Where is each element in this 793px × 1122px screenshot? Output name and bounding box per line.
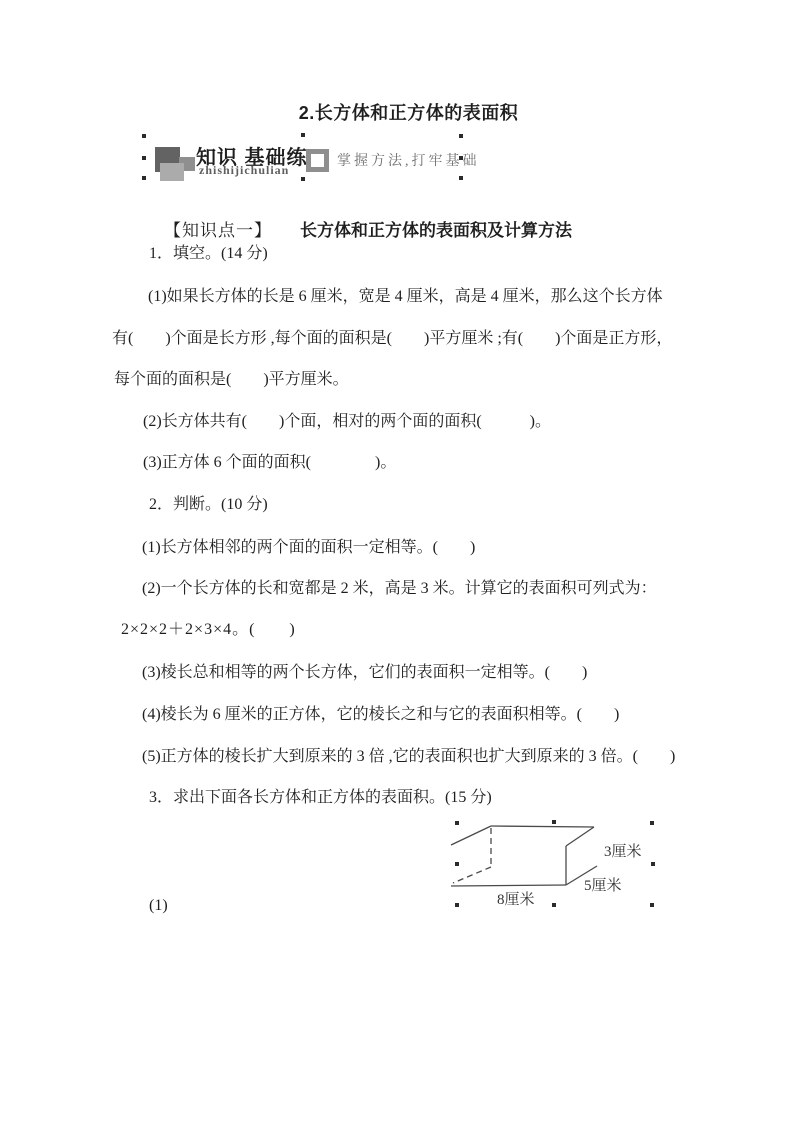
selection-handle[interactable] xyxy=(142,156,146,160)
selection-handle[interactable] xyxy=(650,903,654,907)
selection-handle[interactable] xyxy=(650,821,654,825)
selection-handle[interactable] xyxy=(455,903,459,907)
q1-item2: (2)长方体共有( )个面，相对的两个面的面积( )。 xyxy=(143,412,551,432)
figure-depth-label: 5厘米 xyxy=(584,877,622,894)
q2-item2-formula: 2×2×2＋2×3×4。( ) xyxy=(121,620,296,640)
logo-pinyin-text: zhishijichulian xyxy=(199,163,289,178)
q1-item1-line2: 有( )个面是长方形 ,每个面的面积是( )平方厘米 ;有( )个面是正方形， xyxy=(112,329,672,349)
selection-handle[interactable] xyxy=(455,821,459,825)
page-title: 2.长方体和正方体的表面积 xyxy=(0,99,793,125)
frame-square-icon xyxy=(306,149,329,172)
q2-item4: (4)棱长为 6 厘米的正方体，它的棱长之和与它的表面积相等。( ) xyxy=(142,705,619,725)
q1-heading: 1．填空。(14 分) xyxy=(149,244,268,264)
selection-handle[interactable] xyxy=(455,862,459,866)
q2-item3: (3)棱长总和相等的两个长方体，它们的表面积一定相等。( ) xyxy=(142,663,587,683)
selection-handle[interactable] xyxy=(552,820,556,824)
q3-heading: 3．求出下面各长方体和正方体的表面积。(15 分) xyxy=(149,788,492,808)
selection-handle[interactable] xyxy=(142,134,146,138)
selection-handle[interactable] xyxy=(301,177,305,181)
figure-height-label: 3厘米 xyxy=(604,843,642,860)
logo-slogan-text: 掌握方法,打牢基础 xyxy=(337,150,480,170)
q1-item1-line1: (1)如果长方体的长是 6 厘米，宽是 4 厘米，高是 4 厘米，那么这个长方体 xyxy=(148,287,663,307)
knowledge-point-heading: 长方体和正方体的表面积及计算方法 xyxy=(300,221,572,240)
selection-handle[interactable] xyxy=(651,862,655,866)
q1-item3: (3)正方体 6 个面的面积( )。 xyxy=(143,453,396,473)
selection-handle[interactable] xyxy=(459,134,463,138)
cuboid-drawing: 3厘米 5厘米 8厘米 xyxy=(440,812,670,912)
q2-item1: (1)长方体相邻的两个面的面积一定相等。( ) xyxy=(142,538,475,558)
knowledge-point-tag: 【知识点一】 xyxy=(164,221,272,240)
selection-handle[interactable] xyxy=(459,156,463,160)
worksheet-page: 2.长方体和正方体的表面积 知识 基础练 zhishijichulian 掌握方… xyxy=(0,0,793,1122)
q3-sub1-label: (1) xyxy=(149,896,168,916)
selection-handle[interactable] xyxy=(142,176,146,180)
figure-length-label: 8厘米 xyxy=(497,891,535,908)
logo-squares-icon xyxy=(160,163,184,181)
q2-item2-line1: (2)一个长方体的长和宽都是 2 米，高是 3 米。计算它的表面积可列式为： xyxy=(142,579,657,599)
selection-handle[interactable] xyxy=(301,133,305,137)
selection-handle[interactable] xyxy=(552,903,556,907)
selection-handle[interactable] xyxy=(459,176,463,180)
q2-heading: 2．判断。(10 分) xyxy=(149,495,268,515)
q1-item1-line3: 每个面的面积是( )平方厘米。 xyxy=(114,370,349,390)
q2-item5: (5)正方体的棱长扩大到原来的 3 倍 ,它的表面积也扩大到原来的 3 倍。( … xyxy=(142,747,675,767)
